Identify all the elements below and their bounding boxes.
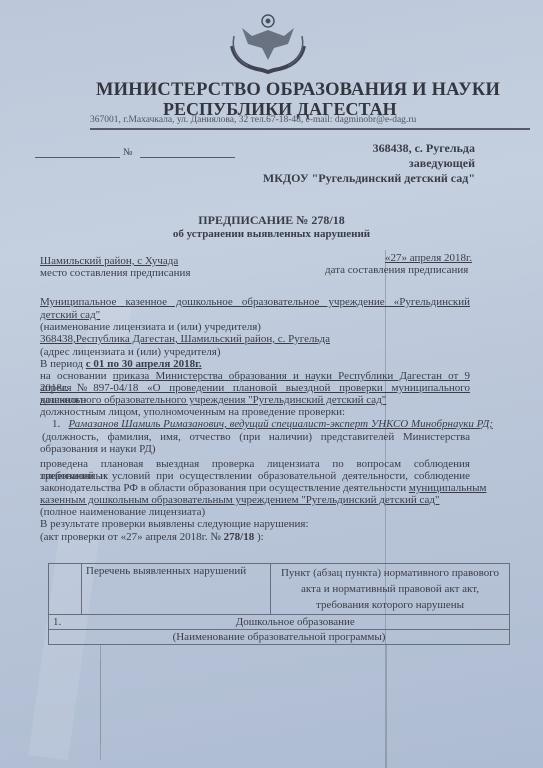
recipient-position: заведующей bbox=[409, 156, 475, 171]
outgoing-date-line bbox=[35, 157, 120, 158]
body-line2: требований и условий при осуществлении о… bbox=[40, 470, 470, 482]
official-intro: должностным лицом, уполномоченным на про… bbox=[40, 406, 345, 418]
ministry-name-line1: МИНИСТЕРСТВО ОБРАЗОВАНИЯ И НАУКИ bbox=[96, 80, 500, 101]
body-line4: казенным дошкольным образовательным учре… bbox=[40, 494, 439, 506]
dagestan-coat-of-arms-icon bbox=[222, 8, 314, 74]
basis-prefix: на основании bbox=[40, 370, 113, 382]
recipient-organization: МКДОУ "Ругельдинский детский сад" bbox=[263, 171, 475, 186]
act-prefix: (акт проверки от «27» апреля 2018г. № bbox=[40, 531, 224, 543]
inspector-label-line2: образования и науки РД) bbox=[40, 443, 156, 455]
document-subtitle: об устранении выявленных нарушений bbox=[0, 228, 543, 240]
place-value: Шамильский район, с Хучада bbox=[40, 255, 178, 267]
date-value: «27» апреля 2018г. bbox=[385, 252, 472, 264]
ministry-address: 367001, г.Махачкала, ул. Даниялова, 32 т… bbox=[90, 115, 416, 125]
inspector-row: 1. Рамазанов Шамиль Римазанович, ведущий… bbox=[52, 418, 493, 430]
body-line3-text: законодательства РФ в области образовани… bbox=[40, 482, 409, 494]
full-name-label: (полное наименование лицензиата) bbox=[40, 506, 205, 518]
table-header-number-cell bbox=[49, 564, 82, 615]
inspection-period: В период с 01 по 30 апреля 2018г. bbox=[40, 358, 202, 370]
inspector-name: Рамазанов Шамиль Римазанович, ведущий сп… bbox=[69, 418, 493, 430]
outgoing-number-line bbox=[140, 157, 235, 158]
outgoing-number-sign: № bbox=[123, 147, 133, 158]
table-continuation-line bbox=[386, 645, 387, 768]
table-row-number: 1. bbox=[49, 615, 82, 630]
letterhead-rule bbox=[90, 128, 530, 130]
document-title: ПРЕДПИСАНИЕ № 278/18 bbox=[0, 213, 543, 228]
act-number: 278/18 bbox=[224, 531, 255, 543]
licensee-name-line1: Муниципальное казенное дошкольное образо… bbox=[40, 296, 470, 308]
recipient-address: 368438, с. Ругельда bbox=[373, 141, 475, 156]
table-header-row: Перечень выявленных нарушений Пункт (абз… bbox=[49, 564, 510, 615]
basis-line3: дошкольного образовательного учреждения … bbox=[40, 394, 386, 406]
act-reference: (акт проверки от «27» апреля 2018г. № 27… bbox=[40, 531, 264, 543]
inspector-number: 1. bbox=[52, 418, 60, 430]
period-value: с 01 по 30 апреля 2018г. bbox=[86, 358, 202, 370]
table-header-norm: Пункт (абзац пункта) нормативного правов… bbox=[271, 564, 510, 615]
date-label: дата составления предписания bbox=[325, 264, 468, 276]
act-suffix: ): bbox=[254, 531, 263, 543]
document-page: МИНИСТЕРСТВО ОБРАЗОВАНИЯ И НАУКИ РЕСПУБЛ… bbox=[0, 0, 543, 768]
period-prefix: В период bbox=[40, 358, 86, 370]
body-line3: законодательства РФ в области образовани… bbox=[40, 482, 486, 494]
licensee-name-label: (наименование лицензиата и (или) учредит… bbox=[40, 321, 261, 333]
table-row-program-label: (Наименование образовательной программы) bbox=[49, 630, 510, 645]
table-row: (Наименование образовательной программы) bbox=[49, 630, 510, 645]
inspector-label-line1: (должность, фамилия, имя, отчество (при … bbox=[42, 431, 470, 443]
licensee-name-line2: детский сад" bbox=[40, 309, 100, 321]
place-label: место составления предписания bbox=[40, 267, 191, 279]
licensee-address-label: (адрес лицензиата и (или) учредителя) bbox=[40, 346, 221, 358]
licensee-address: 368438,Республика Дагестан, Шамильский р… bbox=[40, 333, 330, 345]
table-row-program: Дошкольное образование bbox=[82, 615, 510, 630]
violations-table: Перечень выявленных нарушений Пункт (абз… bbox=[48, 563, 510, 645]
table-header-violations: Перечень выявленных нарушений bbox=[82, 564, 271, 615]
table-row: 1. Дошкольное образование bbox=[49, 615, 510, 630]
result-statement: В результате проверки выявлены следующие… bbox=[40, 518, 309, 530]
body-line3-licensee: муниципальным bbox=[409, 482, 487, 494]
table-continuation-line bbox=[100, 645, 101, 745]
